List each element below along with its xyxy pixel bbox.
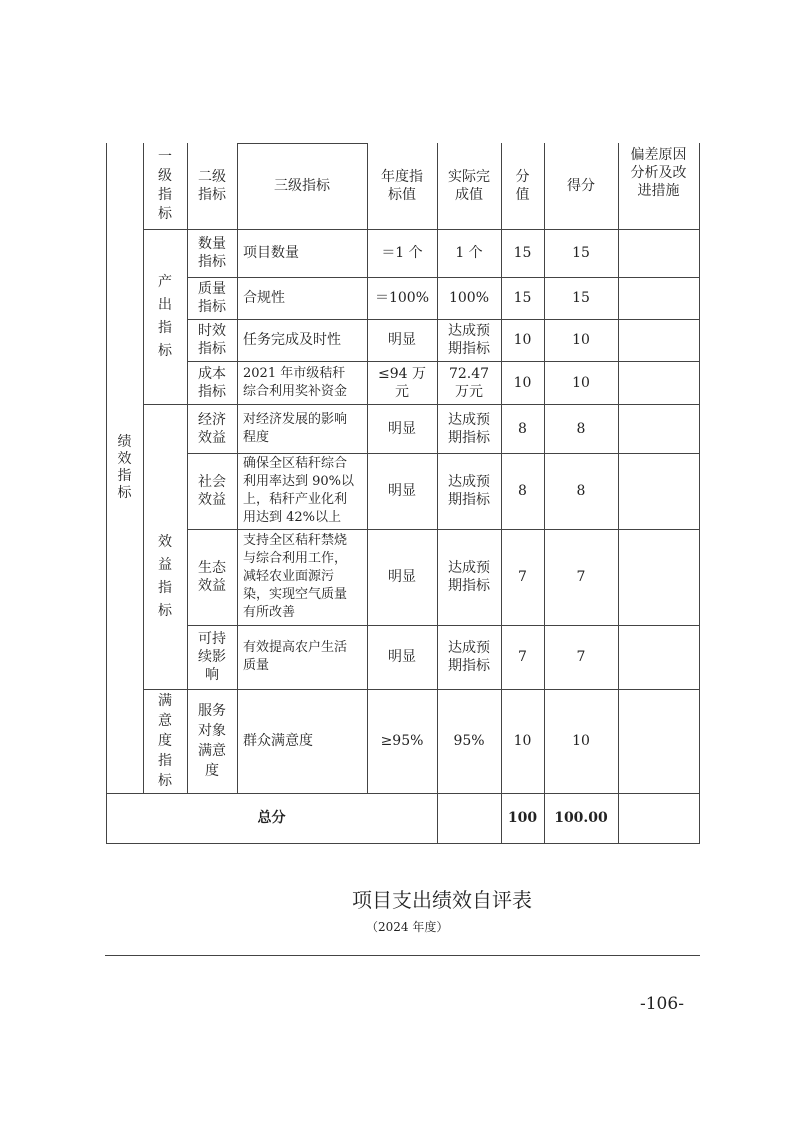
row-actual: 达成预 期指标 [437, 529, 501, 625]
section-satisfaction-label: 满 意 度 指 标 [143, 689, 187, 793]
header-score: 得分 [544, 143, 618, 229]
row-level3: 群众满意度 [237, 689, 367, 793]
row-weight: 8 [501, 404, 544, 453]
row-actual: 达成预 期指标 [437, 453, 501, 529]
row-score: 10 [544, 361, 618, 404]
row-weight: 10 [501, 689, 544, 793]
row-level3: 项目数量 [237, 229, 367, 277]
row-actual: 72.47 万元 [437, 361, 501, 404]
page-number: -106- [640, 994, 684, 1014]
row-level2: 可持 续影 响 [187, 625, 237, 689]
total-label: 总分 [106, 793, 437, 843]
row-score: 10 [544, 319, 618, 361]
row-deviation [618, 625, 699, 689]
header-actual-value: 实际完 成值 [437, 143, 501, 229]
row-target: 明显 [367, 625, 437, 689]
header-level1: 一 级 指 标 [143, 143, 187, 229]
row-level3: 支持全区秸秆禁烧 与综合利用工作， 减轻农业面源污 染，实现空气质量 有所改善 [237, 529, 367, 625]
row-weight: 15 [501, 229, 544, 277]
row-target: 明显 [367, 453, 437, 529]
row-target: ＝1 个 [367, 229, 437, 277]
header-level3: 三级指标 [237, 143, 367, 229]
header-deviation: 偏差原因 分析及改 进措施 [618, 130, 699, 216]
row-actual: 1 个 [437, 229, 501, 277]
header-weight: 分 值 [501, 143, 544, 229]
row-target: 明显 [367, 529, 437, 625]
row-level2: 质量 指标 [187, 277, 237, 319]
row-weight: 7 [501, 529, 544, 625]
row-target: 明显 [367, 319, 437, 361]
section-benefit-label: 效 益 指 标 [143, 404, 187, 689]
next-form-title: 项目支出绩效自评表 [0, 884, 794, 913]
row-level2: 服务 对象 满意 度 [187, 689, 237, 793]
row-level2: 数量 指标 [187, 229, 237, 277]
header-level2: 二级 指标 [187, 143, 237, 229]
row-score: 8 [544, 453, 618, 529]
row-level2: 时效 指标 [187, 319, 237, 361]
row-weight: 10 [501, 319, 544, 361]
row-actual: 达成预 期指标 [437, 404, 501, 453]
row-level2: 成本 指标 [187, 361, 237, 404]
row-actual: 达成预 期指标 [437, 625, 501, 689]
row-score: 8 [544, 404, 618, 453]
total-weight: 100 [501, 793, 544, 843]
row-score: 15 [544, 277, 618, 319]
row-level3: 有效提高农户生活 质量 [237, 625, 367, 689]
row-level3: 对经济发展的影响 程度 [237, 404, 367, 453]
row-deviation [618, 689, 699, 793]
divider-line [105, 955, 700, 956]
header-annual-target: 年度指 标值 [367, 143, 437, 229]
row-weight: 15 [501, 277, 544, 319]
row-target: ＝100% [367, 277, 437, 319]
row-actual: 达成预 期指标 [437, 319, 501, 361]
row-level2: 经济 效益 [187, 404, 237, 453]
row-level3: 2021 年市级秸秆 综合利用奖补资金 [237, 361, 367, 404]
row-deviation [618, 319, 699, 361]
row-score: 15 [544, 229, 618, 277]
row-score: 7 [544, 625, 618, 689]
row-level3: 任务完成及时性 [237, 319, 367, 361]
row-deviation [618, 453, 699, 529]
row-score: 7 [544, 529, 618, 625]
row-level3: 确保全区秸秆综合 利用率达到 90%以 上，秸秆产业化利 用达到 42%以上 [237, 453, 367, 529]
row-weight: 7 [501, 625, 544, 689]
row-target: 明显 [367, 404, 437, 453]
row-deviation [618, 529, 699, 625]
row-level2: 生态 效益 [187, 529, 237, 625]
row-deviation [618, 229, 699, 277]
group-label-performance: 绩 效 指 标 [106, 143, 143, 793]
row-actual: 100% [437, 277, 501, 319]
row-target: ≥95% [367, 689, 437, 793]
row-level2: 社会 效益 [187, 453, 237, 529]
row-deviation [618, 404, 699, 453]
row-weight: 10 [501, 361, 544, 404]
section-output-label: 产 出 指 标 [143, 229, 187, 404]
row-actual: 95% [437, 689, 501, 793]
row-deviation [618, 361, 699, 404]
row-deviation [618, 277, 699, 319]
row-level3: 合规性 [237, 277, 367, 319]
next-form-subtitle: （2024 年度） [366, 918, 448, 935]
row-target: ≤94 万 元 [367, 361, 437, 404]
total-score: 100.00 [544, 793, 618, 843]
row-score: 10 [544, 689, 618, 793]
row-weight: 8 [501, 453, 544, 529]
